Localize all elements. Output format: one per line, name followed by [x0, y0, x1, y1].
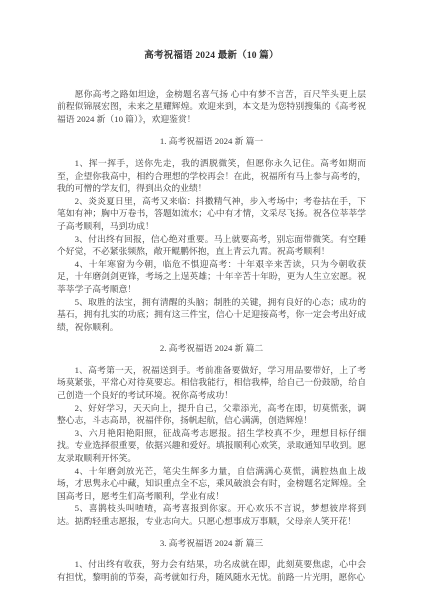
section-3: 3. 高考祝福语 2024 新 篇三 1、付出终有收获，努力会有结果，功名成就在…: [57, 537, 366, 584]
section-2: 2. 高考祝福语 2024 新 篇二 1、高考第一天，祝福送到手。考前准备要做好…: [57, 342, 366, 527]
blessing-paragraph: 5、喜鹊枝头叫喳喳，高考喜报到你家。开心欢乐不言说，梦想彼岸将到达。掂酌轻重志愿…: [57, 502, 366, 527]
blessing-paragraph: 3、付出终有回报，信心绝对重要。马上就要高考，别忘面带微笑。有空睡个好觉，不必紧…: [57, 233, 366, 258]
document-page: 高考祝福语 2024 最新（10 篇） 愿你高考之路如坦途，金榜题名喜气扬 心中…: [0, 0, 423, 600]
blessing-paragraph: 3、六月艳阳艳阳照，征战高考志愿报。招生学校真不少，理想目标仔细找。专业选择很重…: [57, 427, 366, 465]
blessing-paragraph: 1、付出终有收获，努力会有结果，功名成就在即，此刻莫要焦虑，心中会有担忧，黎明前…: [57, 558, 366, 583]
section-2-heading: 2. 高考祝福语 2024 新 篇二: [57, 342, 366, 355]
section-1: 1. 高考祝福语 2024 新 篇一 1、挥一挥手，送你先走，我的洒脱微笑，但愿…: [57, 135, 366, 333]
intro-paragraph: 愿你高考之路如坦途，金榜题名喜气扬 心中有梦不言苦，百尺竿头更上层 前程似锦展宏…: [57, 88, 366, 126]
blessing-paragraph: 2、好好学习，天天向上，提升自己，父辈添光，高考在即，切莫慌张，调整心志，斗志高…: [57, 402, 366, 427]
blessing-paragraph: 2、炎炎夏日里，高考又来临：抖擞精气神，步入考场中；考卷拈在手，下笔如有神；胸中…: [57, 195, 366, 233]
blessing-paragraph: 4、十年磨剑放光芒，笔尖生辉多力量，自信满满心莫慌，满腔热血上战场，才思隽永心中…: [57, 465, 366, 503]
blessing-paragraph: 1、高考第一天，祝福送到手。考前准备要做好，学习用品要带好，上了考场莫紧张，平常…: [57, 364, 366, 402]
blessing-paragraph: 1、挥一挥手，送你先走，我的洒脱微笑，但愿你永久记住。高考如期而至，企望你我高中…: [57, 157, 366, 195]
blessing-paragraph: 5、取胜的法宝，拥有清醒的头脑；制胜的关键，拥有良好的心态；成功的基石，拥有扎实…: [57, 296, 366, 334]
blessing-paragraph: 4、十年寒窗为今朝，临危不惧迎高考：十年艰辛来苦读，只为今朝收获足，十年磨剑剑更…: [57, 258, 366, 296]
document-title: 高考祝福语 2024 最新（10 篇）: [57, 50, 366, 63]
section-3-heading: 3. 高考祝福语 2024 新 篇三: [57, 537, 366, 550]
section-1-heading: 1. 高考祝福语 2024 新 篇一: [57, 135, 366, 148]
